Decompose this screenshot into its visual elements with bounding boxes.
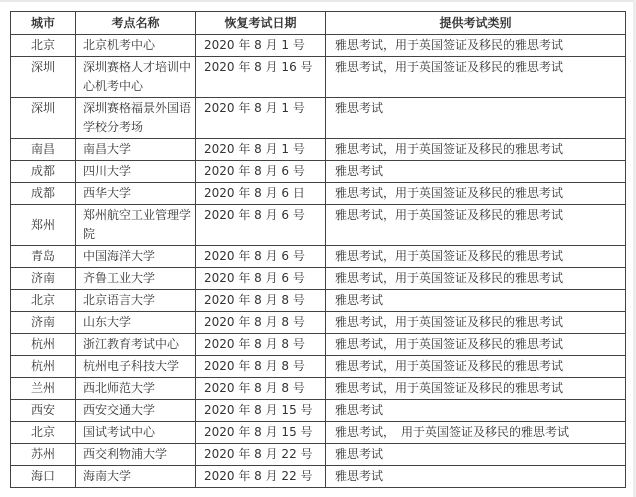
cell-city: 郑州 (11, 205, 76, 246)
col-header-types: 提供考试类别 (326, 12, 626, 35)
cell-date: 2020 年 8 月 22 号 (196, 466, 326, 488)
table-row: 北京 国试考试中心 2020 年 8 月 15 号 雅思考试， 用于英国签证及移… (11, 422, 626, 444)
cell-types: 雅思考试 (326, 161, 626, 183)
cell-date: 2020 年 8 月 8 号 (196, 334, 326, 356)
exam-centers-table: 城市 考点名称 恢复考试日期 提供考试类别 北京 北京机考中心 2020 年 8… (10, 11, 626, 488)
cell-city: 西安 (11, 400, 76, 422)
cell-types: 雅思考试，用于英国签证及移民的雅思考试 (326, 183, 626, 205)
cell-date: 2020 年 8 月 16 号 (196, 57, 326, 98)
table-row: 北京 北京机考中心 2020 年 8 月 1 号 雅思考试，用于英国签证及移民的… (11, 35, 626, 57)
cell-date: 2020 年 8 月 22 号 (196, 444, 326, 466)
cell-types: 雅思考试，用于英国签证及移民的雅思考试 (326, 378, 626, 400)
cell-types: 雅思考试，用于英国签证及移民的雅思考试 (326, 356, 626, 378)
cell-date: 2020 年 8 月 8 号 (196, 356, 326, 378)
table-body: 北京 北京机考中心 2020 年 8 月 1 号 雅思考试，用于英国签证及移民的… (11, 35, 626, 488)
cell-types: 雅思考试，用于英国签证及移民的雅思考试 (326, 312, 626, 334)
cell-types: 雅思考试 (326, 466, 626, 488)
header-row: 城市 考点名称 恢复考试日期 提供考试类别 (11, 12, 626, 35)
cell-center: 深圳赛格人才培训中心机考中心 (76, 57, 196, 98)
table-row: 杭州 浙江教育考试中心 2020 年 8 月 8 号 雅思考试，用于英国签证及移… (11, 334, 626, 356)
cell-center: 杭州电子科技大学 (76, 356, 196, 378)
table-row: 西安 西安交通大学 2020 年 8 月 15 号 雅思考试 (11, 400, 626, 422)
cell-types: 雅思考试，用于英国签证及移民的雅思考试 (326, 268, 626, 290)
cell-city: 兰州 (11, 378, 76, 400)
cell-date: 2020 年 8 月 8 号 (196, 290, 326, 312)
cell-city: 北京 (11, 35, 76, 57)
cell-date: 2020 年 8 月 15 号 (196, 400, 326, 422)
cell-date: 2020 年 8 月 8 号 (196, 312, 326, 334)
cell-city: 济南 (11, 268, 76, 290)
cell-city: 北京 (11, 422, 76, 444)
cell-city: 苏州 (11, 444, 76, 466)
table-row: 郑州 郑州航空工业管理学院 2020 年 8 月 6 号 雅思考试，用于英国签证… (11, 205, 626, 246)
cell-city: 海口 (11, 466, 76, 488)
cell-city: 北京 (11, 290, 76, 312)
cell-date: 2020 年 8 月 6 号 (196, 246, 326, 268)
page: 城市 考点名称 恢复考试日期 提供考试类别 北京 北京机考中心 2020 年 8… (0, 0, 636, 497)
cell-types: 雅思考试，用于英国签证及移民的雅思考试 (326, 35, 626, 57)
table-row: 济南 齐鲁工业大学 2020 年 8 月 6 号 雅思考试，用于英国签证及移民的… (11, 268, 626, 290)
cell-date: 2020 年 8 月 1 号 (196, 139, 326, 161)
cell-types: 雅思考试，用于英国签证及移民的雅思考试 (326, 205, 626, 246)
cell-city: 成都 (11, 161, 76, 183)
cell-types: 雅思考试 (326, 98, 626, 139)
cell-types: 雅思考试，用于英国签证及移民的雅思考试 (326, 246, 626, 268)
cell-center: 西华大学 (76, 183, 196, 205)
cell-date: 2020 年 8 月 1 号 (196, 35, 326, 57)
cell-date: 2020 年 8 月 1 号 (196, 98, 326, 139)
cell-types: 雅思考试 (326, 290, 626, 312)
cell-types: 雅思考试 (326, 444, 626, 466)
table-row: 成都 四川大学 2020 年 8 月 6 号 雅思考试 (11, 161, 626, 183)
cell-center: 深圳赛格福景外国语学校分考场 (76, 98, 196, 139)
cell-center: 齐鲁工业大学 (76, 268, 196, 290)
cell-center: 北京语言大学 (76, 290, 196, 312)
cell-center: 四川大学 (76, 161, 196, 183)
cell-date: 2020 年 8 月 6 日 (196, 183, 326, 205)
cell-center: 西安交通大学 (76, 400, 196, 422)
col-header-city: 城市 (11, 12, 76, 35)
cell-center: 国试考试中心 (76, 422, 196, 444)
table-row: 成都 西华大学 2020 年 8 月 6 日 雅思考试，用于英国签证及移民的雅思… (11, 183, 626, 205)
cell-city: 南昌 (11, 139, 76, 161)
table-row: 杭州 杭州电子科技大学 2020 年 8 月 8 号 雅思考试，用于英国签证及移… (11, 356, 626, 378)
cell-date: 2020 年 8 月 15 号 (196, 422, 326, 444)
table-row: 海口 海南大学 2020 年 8 月 22 号 雅思考试 (11, 466, 626, 488)
cell-city: 济南 (11, 312, 76, 334)
table-row: 深圳 深圳赛格人才培训中心机考中心 2020 年 8 月 16 号 雅思考试，用… (11, 57, 626, 98)
cell-types: 雅思考试， 用于英国签证及移民的雅思考试 (326, 422, 626, 444)
cell-center: 南昌大学 (76, 139, 196, 161)
cell-center: 中国海洋大学 (76, 246, 196, 268)
table-row: 兰州 西北师范大学 2020 年 8 月 8 号 雅思考试，用于英国签证及移民的… (11, 378, 626, 400)
col-header-date: 恢复考试日期 (196, 12, 326, 35)
cell-center: 郑州航空工业管理学院 (76, 205, 196, 246)
table-row: 苏州 西交利物浦大学 2020 年 8 月 22 号 雅思考试 (11, 444, 626, 466)
cell-city: 深圳 (11, 98, 76, 139)
cell-date: 2020 年 8 月 6 号 (196, 161, 326, 183)
cell-date: 2020 年 8 月 6 号 (196, 268, 326, 290)
table-row: 青岛 中国海洋大学 2020 年 8 月 6 号 雅思考试，用于英国签证及移民的… (11, 246, 626, 268)
table-row: 南昌 南昌大学 2020 年 8 月 1 号 雅思考试，用于英国签证及移民的雅思… (11, 139, 626, 161)
page-edge-top (0, 0, 636, 2)
cell-date: 2020 年 8 月 8 号 (196, 378, 326, 400)
cell-types: 雅思考试，用于英国签证及移民的雅思考试 (326, 57, 626, 98)
cell-types: 雅思考试 (326, 400, 626, 422)
col-header-center: 考点名称 (76, 12, 196, 35)
cell-center: 西北师范大学 (76, 378, 196, 400)
cell-center: 山东大学 (76, 312, 196, 334)
cell-types: 雅思考试，用于英国签证及移民的雅思考试 (326, 139, 626, 161)
cell-city: 杭州 (11, 356, 76, 378)
cell-city: 成都 (11, 183, 76, 205)
cell-city: 杭州 (11, 334, 76, 356)
cell-center: 北京机考中心 (76, 35, 196, 57)
table-row: 济南 山东大学 2020 年 8 月 8 号 雅思考试，用于英国签证及移民的雅思… (11, 312, 626, 334)
table-row: 深圳 深圳赛格福景外国语学校分考场 2020 年 8 月 1 号 雅思考试 (11, 98, 626, 139)
cell-types: 雅思考试，用于英国签证及移民的雅思考试 (326, 334, 626, 356)
cell-center: 浙江教育考试中心 (76, 334, 196, 356)
cell-date: 2020 年 8 月 6 号 (196, 205, 326, 246)
cell-city: 青岛 (11, 246, 76, 268)
cell-city: 深圳 (11, 57, 76, 98)
cell-center: 西交利物浦大学 (76, 444, 196, 466)
cell-center: 海南大学 (76, 466, 196, 488)
table-row: 北京 北京语言大学 2020 年 8 月 8 号 雅思考试 (11, 290, 626, 312)
